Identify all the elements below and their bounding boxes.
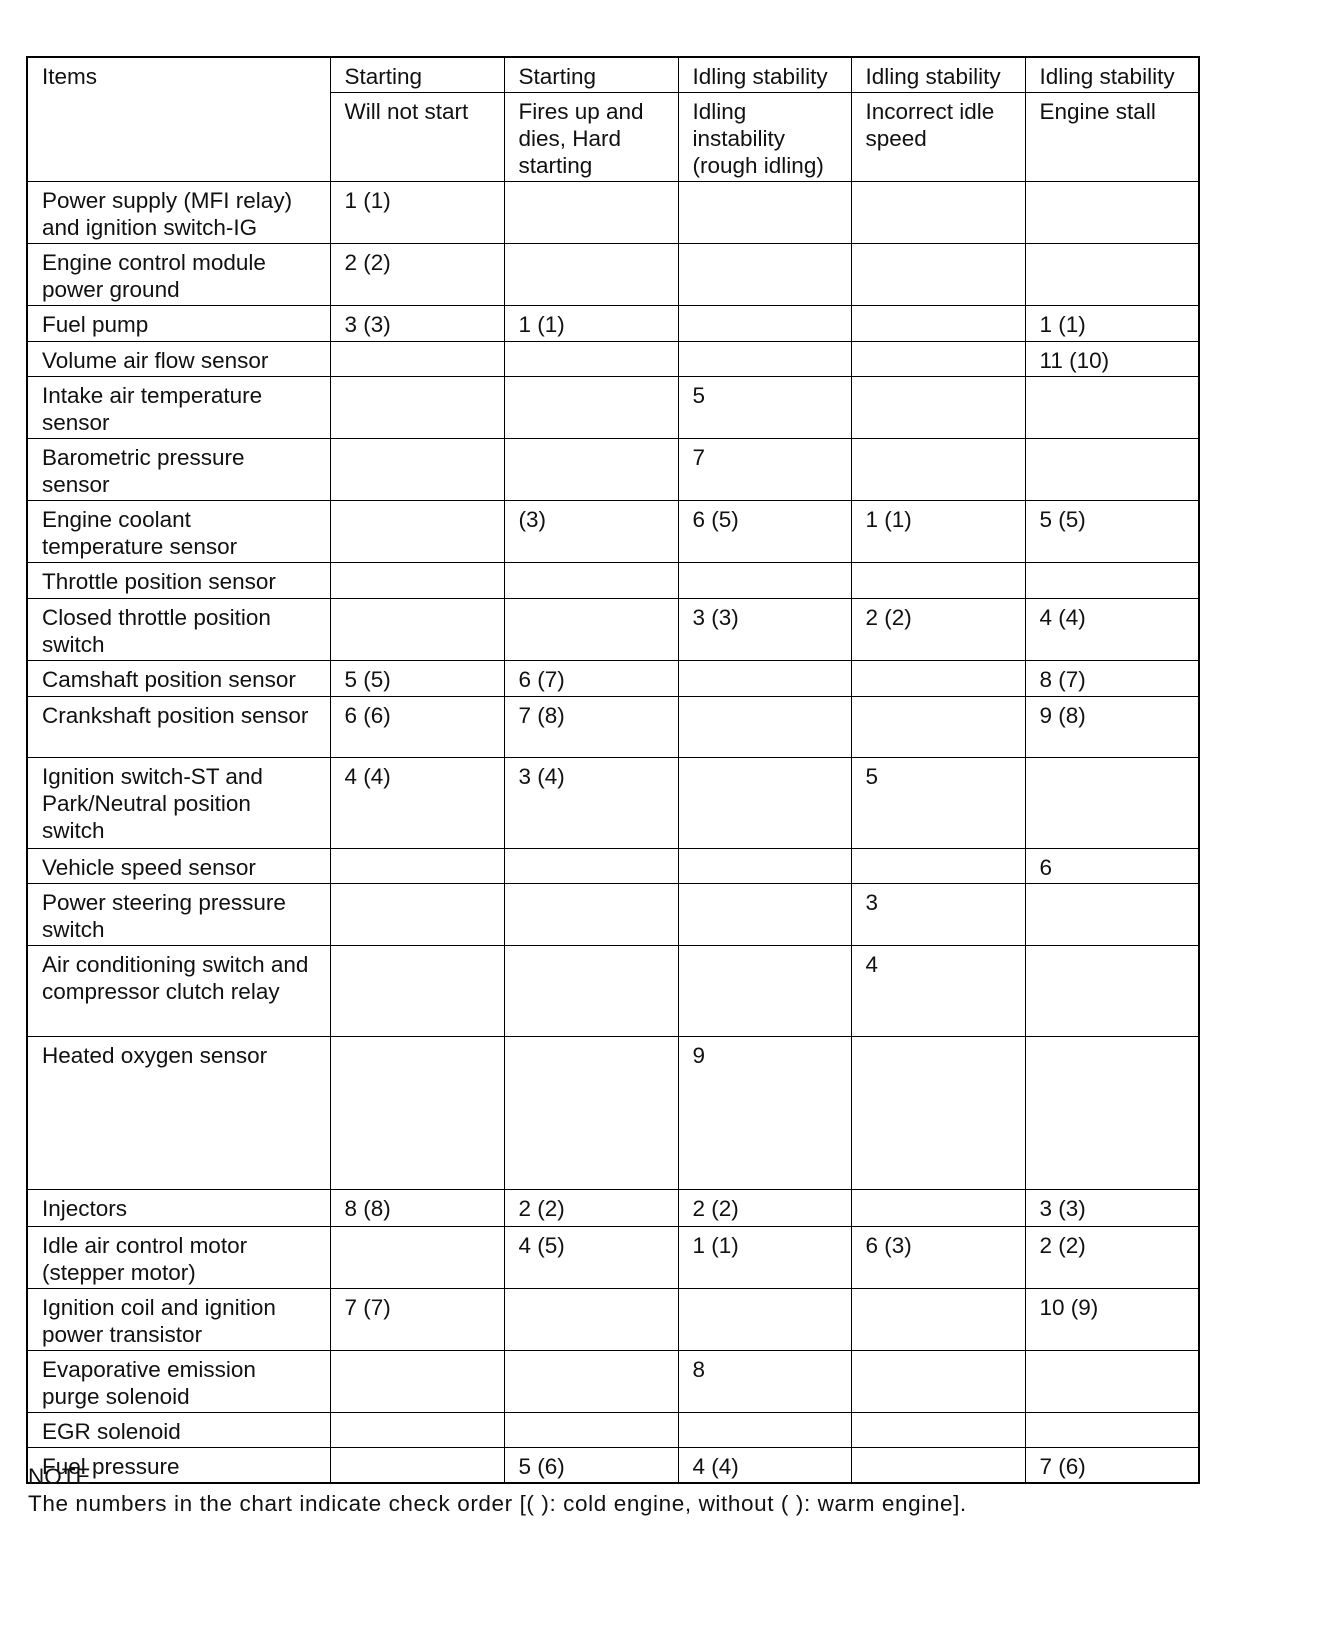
check-order-cell: (3): [504, 501, 678, 563]
table-row: Volume air flow sensor11 (10): [27, 342, 1199, 377]
check-order-cell: 2 (2): [1025, 1227, 1199, 1289]
check-order-cell: 3: [851, 884, 1025, 946]
check-order-cell: [330, 439, 504, 501]
check-order-cell: 4: [851, 946, 1025, 1037]
note-title: NOTE: [28, 1463, 967, 1490]
table-row: Throttle position sensor: [27, 563, 1199, 599]
check-order-cell: [330, 849, 504, 884]
check-order-cell: [678, 661, 851, 697]
check-order-cell: 8 (7): [1025, 661, 1199, 697]
check-order-cell: [851, 244, 1025, 306]
row-item: Power supply (MFI relay) and ignition sw…: [27, 182, 330, 244]
check-order-cell: [504, 1037, 678, 1190]
check-order-cell: [851, 342, 1025, 377]
row-item: Engine control module power ground: [27, 244, 330, 306]
check-order-cell: [851, 1190, 1025, 1227]
table-row: Power steering pressure switch3: [27, 884, 1199, 946]
note-text: The numbers in the chart indicate check …: [28, 1490, 967, 1517]
check-order-cell: 6 (3): [851, 1227, 1025, 1289]
check-order-cell: [678, 946, 851, 1037]
table-row: Power supply (MFI relay) and ignition sw…: [27, 182, 1199, 244]
table-row: Air conditioning switch and compressor c…: [27, 946, 1199, 1037]
row-item: Ignition coil and ignition power transis…: [27, 1289, 330, 1351]
check-order-cell: 3 (3): [678, 599, 851, 661]
check-order-cell: [851, 306, 1025, 342]
check-order-cell: [330, 1227, 504, 1289]
row-item: EGR solenoid: [27, 1413, 330, 1448]
header-row-category: Items Starting Starting Idling stability…: [27, 57, 1199, 93]
column-symptom: Incorrect idle speed: [851, 93, 1025, 182]
check-order-cell: [330, 599, 504, 661]
check-order-cell: 2 (2): [851, 599, 1025, 661]
check-order-cell: [330, 946, 504, 1037]
row-item: Crankshaft position sensor: [27, 697, 330, 758]
check-order-cell: [504, 849, 678, 884]
table-row: Camshaft position sensor5 (5)6 (7)8 (7): [27, 661, 1199, 697]
check-order-cell: [504, 884, 678, 946]
check-order-cell: [851, 377, 1025, 439]
check-order-cell: 6 (6): [330, 697, 504, 758]
row-item: Heated oxygen sensor: [27, 1037, 330, 1190]
check-order-cell: 9 (8): [1025, 697, 1199, 758]
check-order-cell: [678, 758, 851, 849]
column-category: Starting: [330, 57, 504, 93]
check-order-cell: 7 (8): [504, 697, 678, 758]
check-order-cell: [851, 1289, 1025, 1351]
check-order-cell: 1 (1): [504, 306, 678, 342]
check-order-cell: [851, 849, 1025, 884]
note: NOTE The numbers in the chart indicate c…: [28, 1463, 967, 1517]
check-order-cell: [1025, 439, 1199, 501]
row-item: Ignition switch-ST and Park/Neutral posi…: [27, 758, 330, 849]
check-order-cell: [504, 342, 678, 377]
check-order-cell: 6: [1025, 849, 1199, 884]
check-order-cell: [504, 1351, 678, 1413]
check-order-cell: [678, 306, 851, 342]
check-order-cell: [851, 1351, 1025, 1413]
check-order-cell: [1025, 244, 1199, 306]
check-order-cell: 7 (7): [330, 1289, 504, 1351]
check-order-cell: [330, 563, 504, 599]
check-order-cell: [678, 342, 851, 377]
check-order-cell: [678, 563, 851, 599]
check-order-cell: [504, 946, 678, 1037]
check-order-cell: [851, 439, 1025, 501]
row-item: Power steering pressure switch: [27, 884, 330, 946]
check-order-cell: 11 (10): [1025, 342, 1199, 377]
check-order-cell: 3 (3): [1025, 1190, 1199, 1227]
check-order-cell: 3 (3): [330, 306, 504, 342]
check-order-cell: 8 (8): [330, 1190, 504, 1227]
table-row: Engine control module power ground2 (2): [27, 244, 1199, 306]
check-order-cell: 6 (7): [504, 661, 678, 697]
check-order-cell: [851, 697, 1025, 758]
check-order-cell: 5 (5): [1025, 501, 1199, 563]
column-symptom: Engine stall: [1025, 93, 1199, 182]
column-category: Idling stability: [851, 57, 1025, 93]
column-category: Starting: [504, 57, 678, 93]
check-order-cell: 8: [678, 1351, 851, 1413]
check-order-cell: [1025, 1037, 1199, 1190]
check-order-cell: [330, 501, 504, 563]
check-order-cell: [851, 1413, 1025, 1448]
check-order-cell: 4 (4): [1025, 599, 1199, 661]
check-order-cell: 5: [678, 377, 851, 439]
row-item: Idle air control motor (stepper motor): [27, 1227, 330, 1289]
check-order-cell: [1025, 1413, 1199, 1448]
check-order-cell: [678, 1289, 851, 1351]
check-order-cell: 4 (5): [504, 1227, 678, 1289]
check-order-cell: 7 (6): [1025, 1448, 1199, 1484]
check-order-cell: 7: [678, 439, 851, 501]
check-order-cell: [851, 182, 1025, 244]
table-row: Ignition switch-ST and Park/Neutral posi…: [27, 758, 1199, 849]
check-order-cell: 2 (2): [330, 244, 504, 306]
check-order-cell: [330, 1037, 504, 1190]
check-order-cell: [851, 661, 1025, 697]
table-row: Evaporative emission purge solenoid8: [27, 1351, 1199, 1413]
check-order-cell: [1025, 563, 1199, 599]
check-order-cell: [504, 599, 678, 661]
check-order-cell: [504, 1289, 678, 1351]
table-row: Heated oxygen sensor9: [27, 1037, 1199, 1190]
check-order-cell: [678, 849, 851, 884]
items-header: Items: [27, 57, 330, 182]
check-order-cell: [330, 377, 504, 439]
column-category: Idling stability: [678, 57, 851, 93]
table-row: Intake air temperature sensor5: [27, 377, 1199, 439]
table-row: Crankshaft position sensor6 (6)7 (8)9 (8…: [27, 697, 1199, 758]
check-order-cell: [504, 439, 678, 501]
troubleshooting-chart: Items Starting Starting Idling stability…: [26, 56, 1200, 1484]
row-item: Fuel pump: [27, 306, 330, 342]
row-item: Intake air temperature sensor: [27, 377, 330, 439]
check-order-cell: 10 (9): [1025, 1289, 1199, 1351]
table-row: Vehicle speed sensor6: [27, 849, 1199, 884]
table-row: Ignition coil and ignition power transis…: [27, 1289, 1199, 1351]
check-order-cell: [330, 342, 504, 377]
check-order-cell: 1 (1): [678, 1227, 851, 1289]
check-order-cell: [504, 244, 678, 306]
check-order-cell: [504, 377, 678, 439]
check-order-cell: [1025, 884, 1199, 946]
check-order-cell: [1025, 758, 1199, 849]
row-item: Vehicle speed sensor: [27, 849, 330, 884]
check-order-cell: 1 (1): [330, 182, 504, 244]
table-row: Fuel pump3 (3)1 (1)1 (1): [27, 306, 1199, 342]
check-order-cell: 1 (1): [1025, 306, 1199, 342]
check-order-cell: [678, 244, 851, 306]
table-row: Idle air control motor (stepper motor)4 …: [27, 1227, 1199, 1289]
check-order-cell: [1025, 182, 1199, 244]
check-order-cell: 1 (1): [851, 501, 1025, 563]
check-order-cell: [504, 182, 678, 244]
check-order-cell: 4 (4): [330, 758, 504, 849]
check-order-cell: 5: [851, 758, 1025, 849]
check-order-cell: [1025, 1351, 1199, 1413]
check-order-cell: 2 (2): [504, 1190, 678, 1227]
row-item: Volume air flow sensor: [27, 342, 330, 377]
column-symptom: Will not start: [330, 93, 504, 182]
check-order-cell: [678, 697, 851, 758]
check-order-cell: 9: [678, 1037, 851, 1190]
row-item: Evaporative emission purge solenoid: [27, 1351, 330, 1413]
check-order-cell: 2 (2): [678, 1190, 851, 1227]
check-order-cell: [330, 884, 504, 946]
check-order-cell: [330, 1351, 504, 1413]
check-order-cell: [851, 1037, 1025, 1190]
check-order-cell: [1025, 377, 1199, 439]
check-order-cell: [1025, 946, 1199, 1037]
column-category: Idling stability: [1025, 57, 1199, 93]
row-item: Air conditioning switch and compressor c…: [27, 946, 330, 1037]
check-order-cell: [504, 1413, 678, 1448]
table-row: Injectors8 (8)2 (2)2 (2)3 (3): [27, 1190, 1199, 1227]
table-row: Barometric pressure sensor7: [27, 439, 1199, 501]
check-order-cell: [678, 884, 851, 946]
check-order-cell: [504, 563, 678, 599]
column-symptom: Fires up and dies, Hard starting: [504, 93, 678, 182]
row-item: Closed throttle position switch: [27, 599, 330, 661]
row-item: Barometric pressure sensor: [27, 439, 330, 501]
row-item: Injectors: [27, 1190, 330, 1227]
check-order-cell: [678, 182, 851, 244]
column-symptom: Idling instability (rough idling): [678, 93, 851, 182]
table-row: Engine coolant temperature sensor(3)6 (5…: [27, 501, 1199, 563]
check-order-cell: 6 (5): [678, 501, 851, 563]
check-order-cell: 5 (5): [330, 661, 504, 697]
check-order-cell: 3 (4): [504, 758, 678, 849]
row-item: Throttle position sensor: [27, 563, 330, 599]
table-row: EGR solenoid: [27, 1413, 1199, 1448]
check-order-cell: [851, 563, 1025, 599]
row-item: Camshaft position sensor: [27, 661, 330, 697]
row-item: Engine coolant temperature sensor: [27, 501, 330, 563]
check-order-cell: [330, 1413, 504, 1448]
table-row: Closed throttle position switch3 (3)2 (2…: [27, 599, 1199, 661]
check-order-cell: [678, 1413, 851, 1448]
